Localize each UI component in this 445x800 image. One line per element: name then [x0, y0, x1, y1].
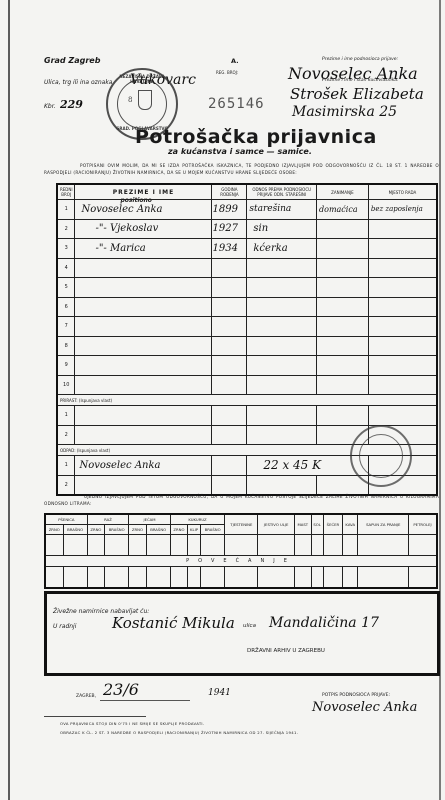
col-header-year: GODINA ROĐENJA — [212, 184, 247, 200]
food-group-header-row: PŠENICA RAŽ JEČAM KUKURUZ TJESTENINE JES… — [45, 514, 437, 525]
signature-label: POTPIS PODNOSIOCA PRIJAVE: — [322, 693, 390, 698]
document-page: Grad Zagreb A. REG. BROJ: 265146 Ulica, … — [0, 0, 445, 800]
prirast-section-row: PRIRAST: (Ispunjava vlast) — [57, 395, 437, 406]
col-oil: JESTIVO ULJE — [258, 514, 295, 535]
scan-edge-right — [439, 0, 441, 800]
col-pasta: TJESTENINE — [225, 514, 258, 535]
year-value: 1941 — [208, 688, 231, 698]
table-row: 10 — [57, 375, 437, 395]
col-header-relation: ODNOS PREMA PODNOSIOCU PRIJAVE ODN. STAR… — [247, 184, 317, 200]
table-row: 9 — [57, 356, 437, 376]
col-header-occupation: ZANIMANJE — [317, 184, 369, 200]
archive-stamp: DRŽAVNI ARHIV U ZAGREBU — [247, 648, 325, 654]
reg-number: 265146 — [208, 96, 265, 112]
form-title: Potrošačka prijavnica — [135, 126, 377, 148]
landlord-label: Prezime i ime i stan kućevlasnika: — [322, 78, 399, 83]
table-row: 1 — [57, 406, 437, 426]
shop-label: U radnji — [53, 623, 76, 630]
persons-header-row: REDNI BROJ PREZIME I IME GODINA ROĐENJA … — [57, 184, 437, 200]
table-row: 8 — [57, 336, 437, 356]
shop-street-label: ulica — [243, 623, 256, 629]
table-row: 7 — [57, 317, 437, 337]
increase-row: POVEĆANJE — [45, 556, 437, 567]
coat-of-arms-icon — [138, 90, 152, 110]
table-row: 1 Novoselec Ankapositiono 1899 starešina… — [57, 200, 437, 220]
col-salt: SOL — [311, 514, 323, 535]
food-stock-table: PŠENICA RAŽ JEČAM KUKURUZ TJESTENINE JES… — [44, 513, 438, 589]
stock-declaration-text: UJEDNO IZJAVLJUJEM POD ISTOM ODGOVORNOŠĆ… — [44, 494, 439, 507]
house-label: Kbr. — [44, 103, 56, 110]
landlord-value: Strošek Elizabeta — [290, 85, 424, 103]
col-soap: SAPUN ZA PRANJE — [358, 514, 409, 535]
person-name: Novoselec Ankapositiono — [75, 200, 212, 220]
shop-value: Kostanić Mikula — [112, 614, 235, 632]
form-subtitle: za kućanstva i samce — samice. — [168, 147, 312, 156]
section-letter: A. — [231, 57, 239, 65]
house-value: 229 — [60, 98, 83, 111]
regulation-note: OBRAZAC K ČL. 2 ST. 3 NAREDBE O RASPODJE… — [60, 730, 298, 735]
col-header-no: REDNI BROJ — [57, 184, 75, 200]
intro-text: POTPISANI OVIM MOLIM, DA MI SE IZDA POTR… — [44, 163, 439, 176]
landlord-address: Masimirska 25 — [292, 104, 397, 120]
food-values-row — [45, 535, 437, 556]
table-row: 6 — [57, 297, 437, 317]
street-label: Ulica, trg ili ina oznaka — [44, 79, 112, 86]
reg-label: REG. BROJ: — [216, 70, 238, 75]
date-line — [100, 700, 190, 701]
table-row: 2 -"- Vjekoslav 1927 sin — [57, 219, 437, 239]
shop-street-value: Mandaličina 17 — [269, 615, 379, 631]
scan-edge-left — [8, 0, 10, 800]
table-row: 3 -"- Marica 1934 kćerka — [57, 239, 437, 259]
increase-values-row — [45, 567, 437, 589]
date-value: 23/6 — [103, 680, 139, 699]
col-petroleum: PETROLEJ — [409, 514, 437, 535]
place-label: ZAGREB, — [76, 694, 96, 699]
city-label: Grad Zagreb — [44, 56, 100, 65]
col-lard: MAST — [294, 514, 311, 535]
price-note: OVA PRIJAVNICA STOJI DIN 0'75 I NE SMIJE… — [60, 721, 204, 726]
signature-value: Novoselec Anka — [312, 700, 417, 715]
table-row: 4 — [57, 258, 437, 278]
shop-registration-box: Živežne namirnice nabavljat ću: U radnji… — [44, 591, 440, 676]
table-row: 5 — [57, 278, 437, 298]
col-coffee: KAVA — [343, 514, 358, 535]
group-wheat: PŠENICA — [45, 514, 87, 525]
col-header-workplace: MJESTO RADA — [368, 184, 437, 200]
footer-divider — [44, 716, 146, 717]
applicant-label: Prezime i ime podnosioca prijave: — [322, 57, 398, 62]
col-sugar: ŠEĆER — [323, 514, 342, 535]
group-corn: KUKURUZ — [170, 514, 224, 525]
city-office-stamp — [350, 425, 412, 487]
group-rye: RAŽ — [87, 514, 129, 525]
group-barley: JEČAM — [129, 514, 171, 525]
